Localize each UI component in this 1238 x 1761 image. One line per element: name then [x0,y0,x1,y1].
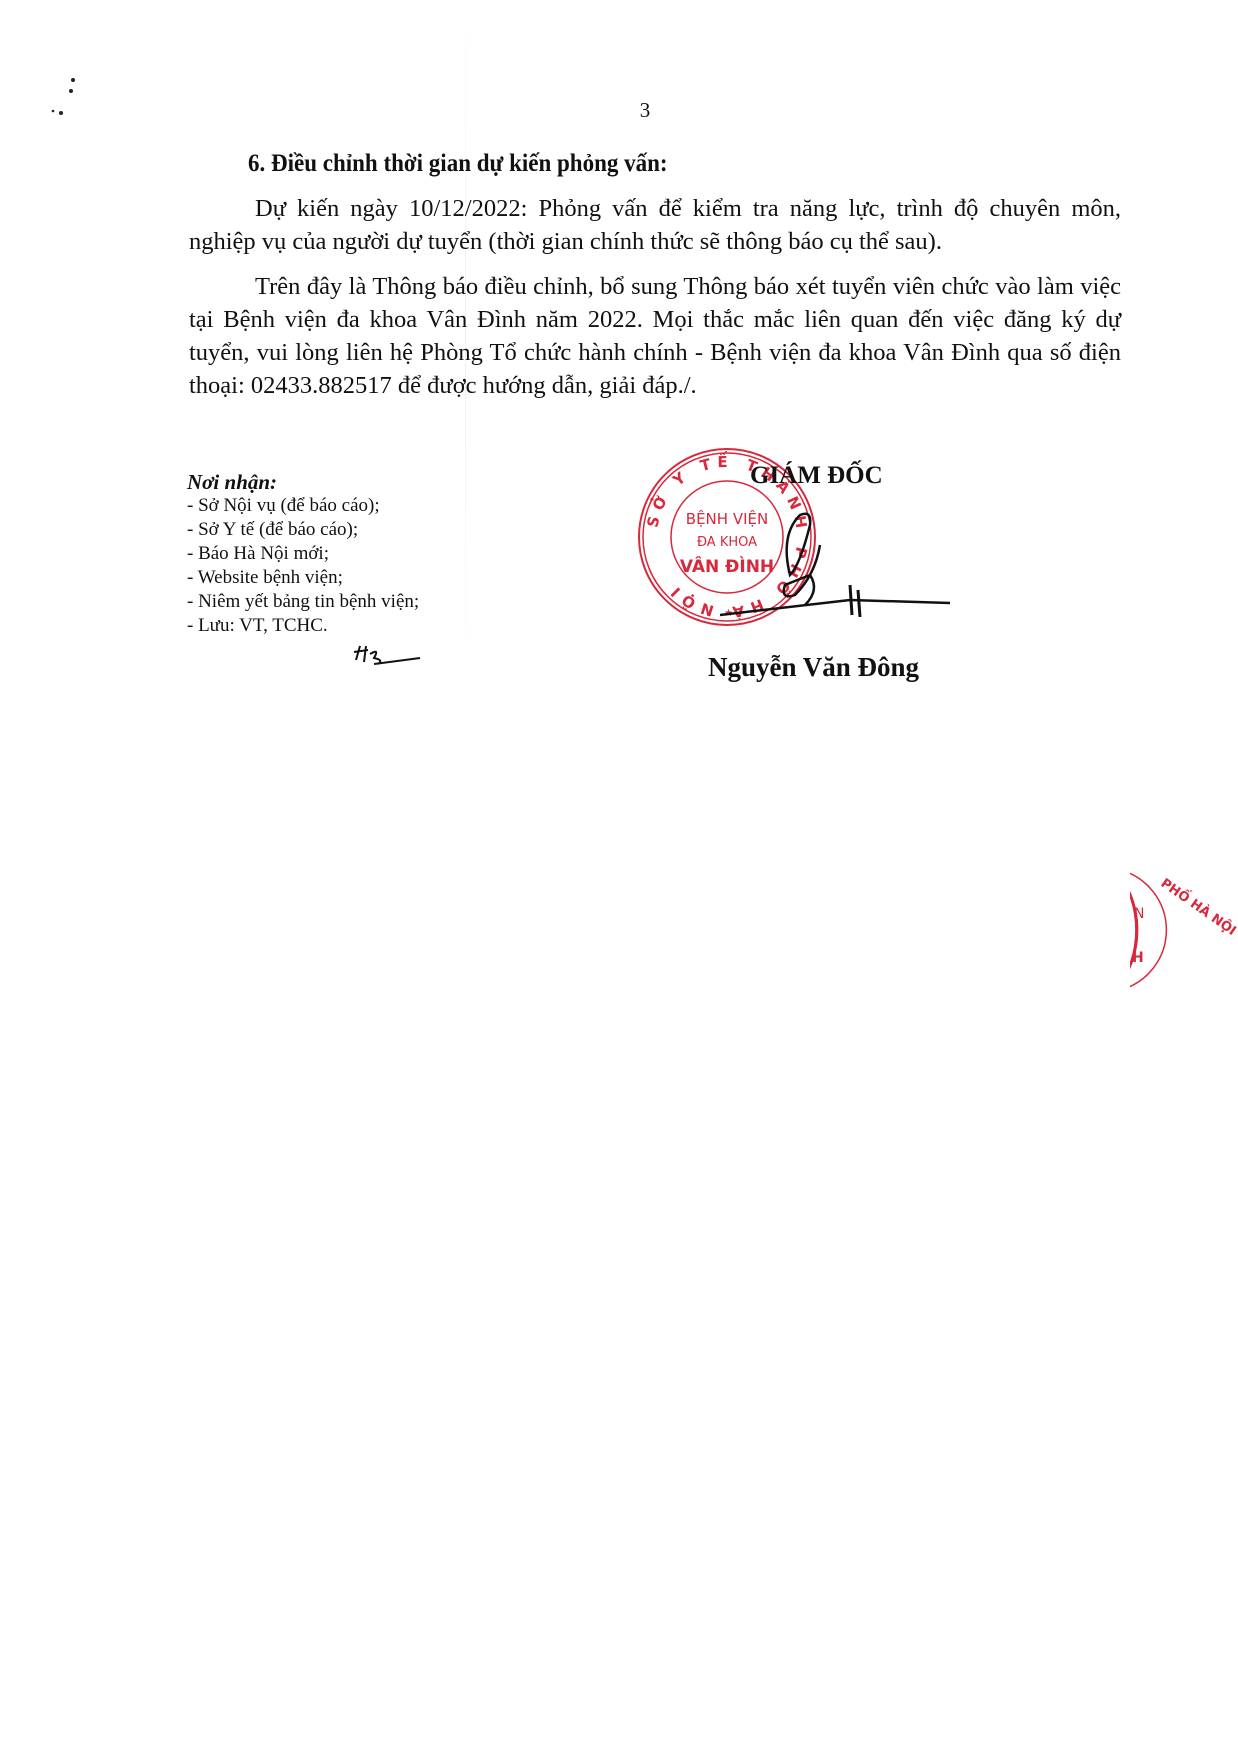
recipient-item: - Website bệnh viện; [187,566,419,590]
handwritten-signature [700,505,960,625]
recipient-item: - Sở Nội vụ (để báo cáo); [187,494,419,518]
signer-name: Nguyễn Văn Đông [708,652,919,683]
paragraph-text: Dự kiến ngày 10/12/2022: Phỏng vấn để ki… [189,195,1121,255]
signer-title: GIÁM ĐỐC [750,462,883,490]
paragraph-text: Trên đây là Thông báo điều chỉnh, bổ sun… [189,273,1121,399]
section-heading: 6. Điều chỉnh thời gian dự kiến phỏng vấ… [248,150,668,178]
svg-text:N: N [1134,906,1144,922]
paragraph-closing: Trên đây là Thông báo điều chỉnh, bổ sun… [189,270,1121,402]
recipients-title: Nơi nhận: [187,470,419,494]
svg-text:H: H [1132,950,1144,966]
recipient-item: - Sở Y tế (để báo cáo); [187,518,419,542]
recipient-item: - Báo Hà Nội mới; [187,542,419,566]
page-number: 3 [0,98,1238,123]
svg-text:PHỐ HÀ NỘI: PHỐ HÀ NỘI [1158,874,1238,939]
paragraph-interview-date: Dự kiến ngày 10/12/2022: Phỏng vấn để ki… [189,192,1121,258]
recipients-block: Nơi nhận: - Sở Nội vụ (để báo cáo); - Sở… [187,470,419,638]
initials-mark [350,640,430,670]
recipient-item: - Niêm yết bảng tin bệnh viện; [187,590,419,614]
partial-stamp: PHỐ HÀ NỘI N H [1130,830,1238,1030]
recipient-item: - Lưu: VT, TCHC. [187,614,419,638]
